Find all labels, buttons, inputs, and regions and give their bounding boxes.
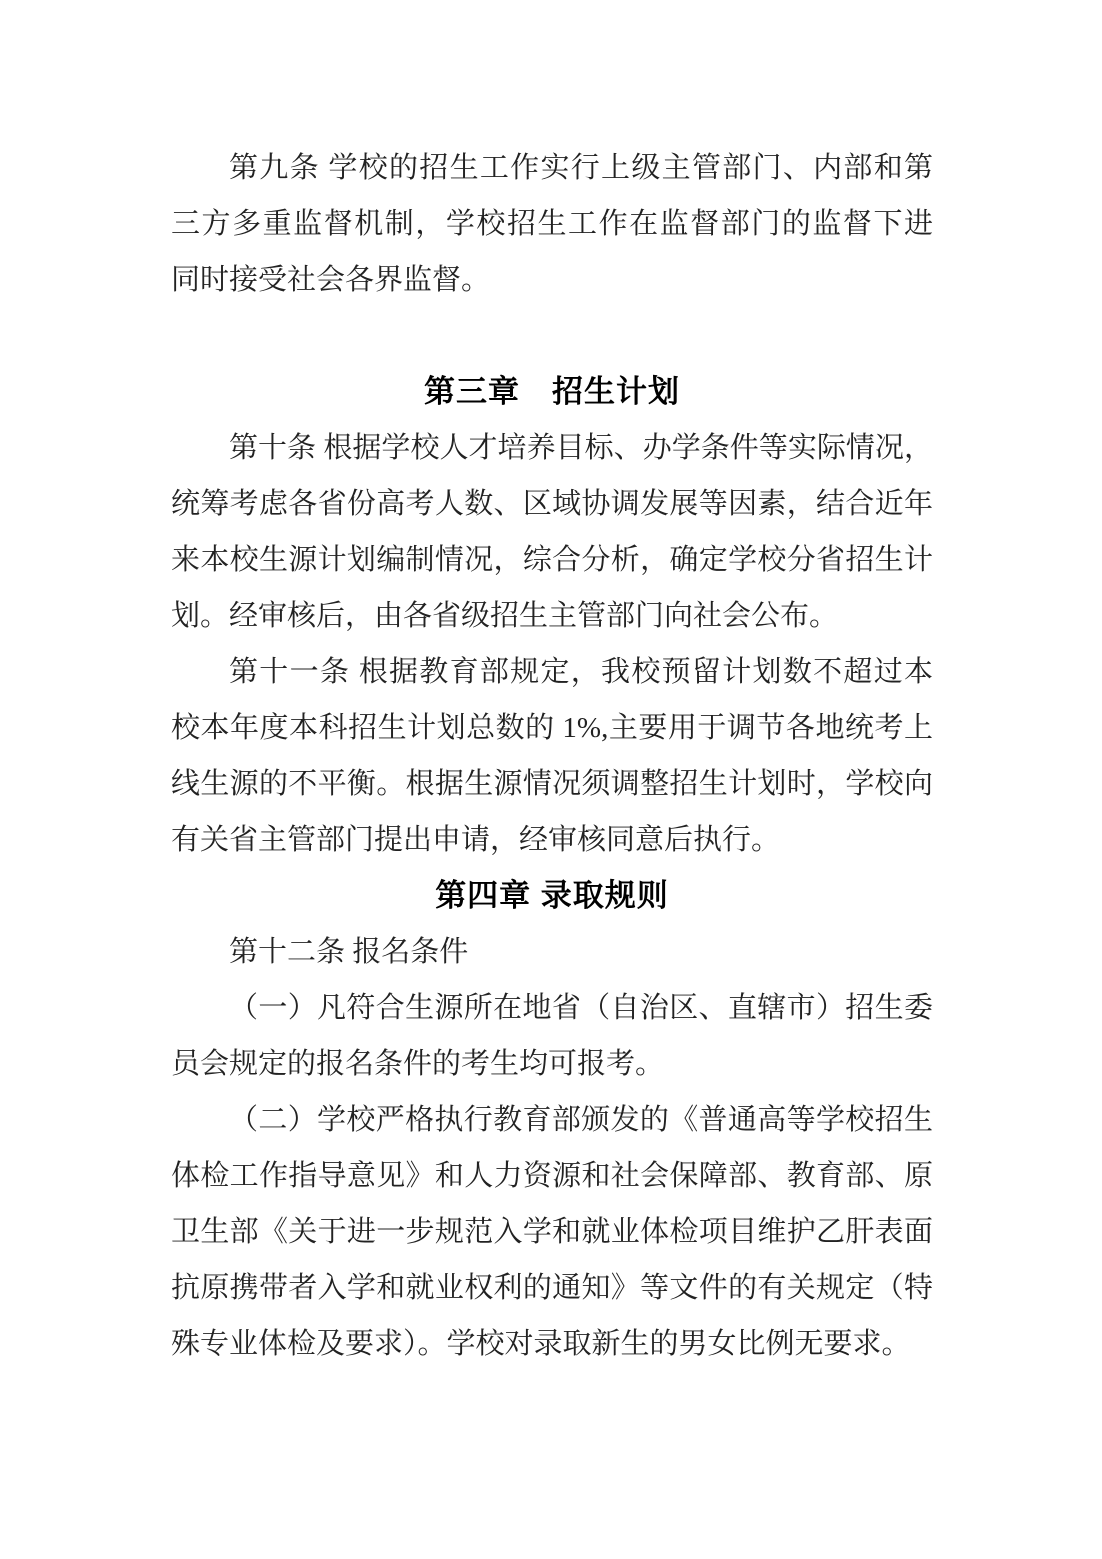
text-line: （一）凡符合生源所在地省（自治区、直辖市）招生委 (171, 980, 933, 1036)
text-line: 统筹考虑各省份高考人数、区域协调发展等因素，结合近年 (171, 476, 933, 532)
chapter-4-heading: 第四章 录取规则 (171, 868, 933, 924)
blank-line (171, 308, 933, 364)
chapter-3-heading: 第三章 招生计划 (171, 364, 933, 420)
article-9: 第九条 学校的招生工作实行上级主管部门、内部和第三方多重监督机制，学校招生工作在… (171, 140, 933, 308)
text-line: 第十条 根据学校人才培养目标、办学条件等实际情况， (171, 420, 933, 476)
text-line: （二）学校严格执行教育部颁发的《普通高等学校招生 (171, 1092, 933, 1148)
text-line: 卫生部《关于进一步规范入学和就业体检项目维护乙肝表面 (171, 1204, 933, 1260)
article-12: 第十二条 报名条件 (171, 924, 933, 980)
text-line: 划。经审核后，由各省级招生主管部门向社会公布。 (171, 588, 933, 644)
document-page: 第九条 学校的招生工作实行上级主管部门、内部和第三方多重监督机制，学校招生工作在… (0, 0, 1102, 1559)
text-line: 殊专业体检及要求）。学校对录取新生的男女比例无要求。 (171, 1316, 933, 1372)
item-1: （一）凡符合生源所在地省（自治区、直辖市）招生委员会规定的报名条件的考生均可报考… (171, 980, 933, 1092)
article-11: 第十一条 根据教育部规定，我校预留计划数不超过本校本年度本科招生计划总数的 1%… (171, 644, 933, 868)
article-10: 第十条 根据学校人才培养目标、办学条件等实际情况，统筹考虑各省份高考人数、区域协… (171, 420, 933, 644)
text-line: 线生源的不平衡。根据生源情况须调整招生计划时，学校向 (171, 756, 933, 812)
text-line: 员会规定的报名条件的考生均可报考。 (171, 1036, 933, 1092)
text-line: 来本校生源计划编制情况，综合分析，确定学校分省招生计 (171, 532, 933, 588)
text-line: 校本年度本科招生计划总数的 1%,主要用于调节各地统考上 (171, 700, 933, 756)
item-2: （二）学校严格执行教育部颁发的《普通高等学校招生体检工作指导意见》和人力资源和社… (171, 1092, 933, 1372)
text-line: 有关省主管部门提出申请，经审核同意后执行。 (171, 812, 933, 868)
text-line: 三方多重监督机制，学校招生工作在监督部门的监督下进行， (171, 196, 933, 252)
text-line: 第九条 学校的招生工作实行上级主管部门、内部和第 (171, 140, 933, 196)
text-line: 第十二条 报名条件 (171, 924, 933, 980)
text-line: 抗原携带者入学和就业权利的通知》等文件的有关规定（特 (171, 1260, 933, 1316)
text-line: 第十一条 根据教育部规定，我校预留计划数不超过本 (171, 644, 933, 700)
document-content: 第九条 学校的招生工作实行上级主管部门、内部和第三方多重监督机制，学校招生工作在… (171, 140, 933, 1372)
text-line: 同时接受社会各界监督。 (171, 252, 933, 308)
text-line: 体检工作指导意见》和人力资源和社会保障部、教育部、原 (171, 1148, 933, 1204)
